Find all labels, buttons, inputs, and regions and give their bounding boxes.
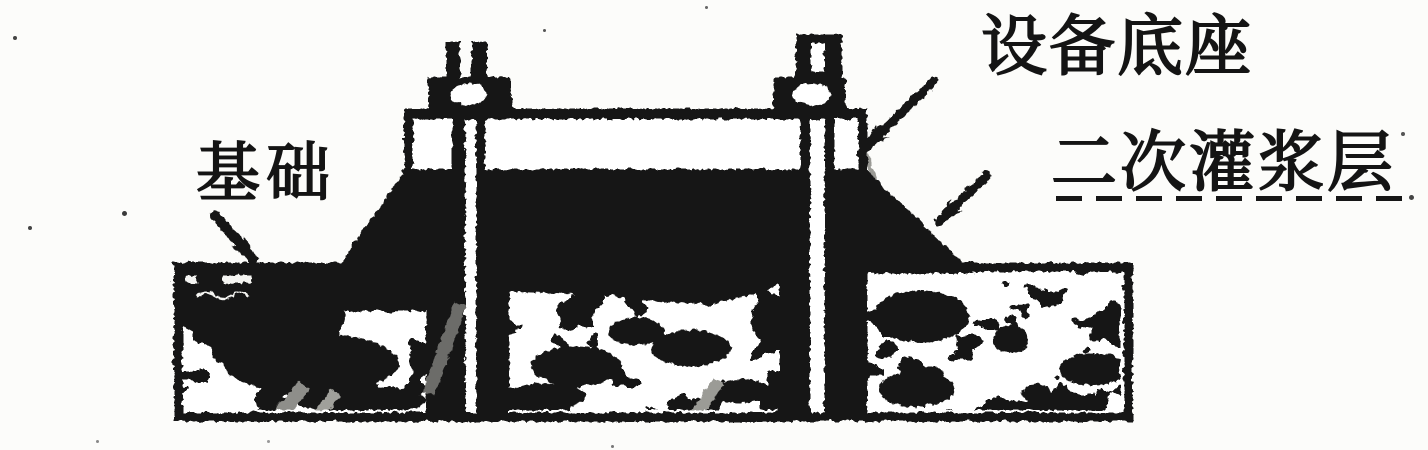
leader-arrow-equipment-base: [864, 80, 933, 146]
leader-arrow-foundation: [214, 214, 252, 258]
foundation-texture: [170, 258, 1135, 431]
bolt-thread-left-b: [471, 40, 486, 78]
bolt-slot-right: [810, 42, 823, 70]
scan-noise-dot: [1409, 195, 1414, 200]
scan-noise-dot: [611, 445, 614, 448]
figure-canvas: 基础 设备底座 二次灌浆层: [0, 0, 1428, 450]
scan-noise-dot: [122, 211, 127, 216]
scan-noise-dot: [705, 6, 708, 9]
scan-noise-dot: [1401, 132, 1405, 136]
leader-arrow-grout: [938, 175, 985, 220]
label-equipment-base: 设备底座: [981, 13, 1253, 79]
nut-hole-right: [792, 82, 830, 104]
scan-noise-dot: [267, 440, 270, 443]
scan-noise-dot: [13, 36, 17, 40]
scan-noise-dot: [543, 29, 546, 32]
grout-label-underline: [1056, 196, 1406, 201]
bolt-thread-left-a: [445, 40, 459, 78]
grout-trapezoid: [332, 170, 973, 272]
bolt-core-right: [809, 118, 823, 412]
bolt-core-left: [464, 118, 475, 412]
label-foundation: 基础: [196, 142, 336, 206]
nut-hole-left: [449, 82, 485, 104]
label-grout-layer: 二次灌浆层: [1051, 129, 1396, 195]
scan-noise-dot: [28, 226, 32, 230]
scan-noise-dot: [96, 440, 99, 443]
